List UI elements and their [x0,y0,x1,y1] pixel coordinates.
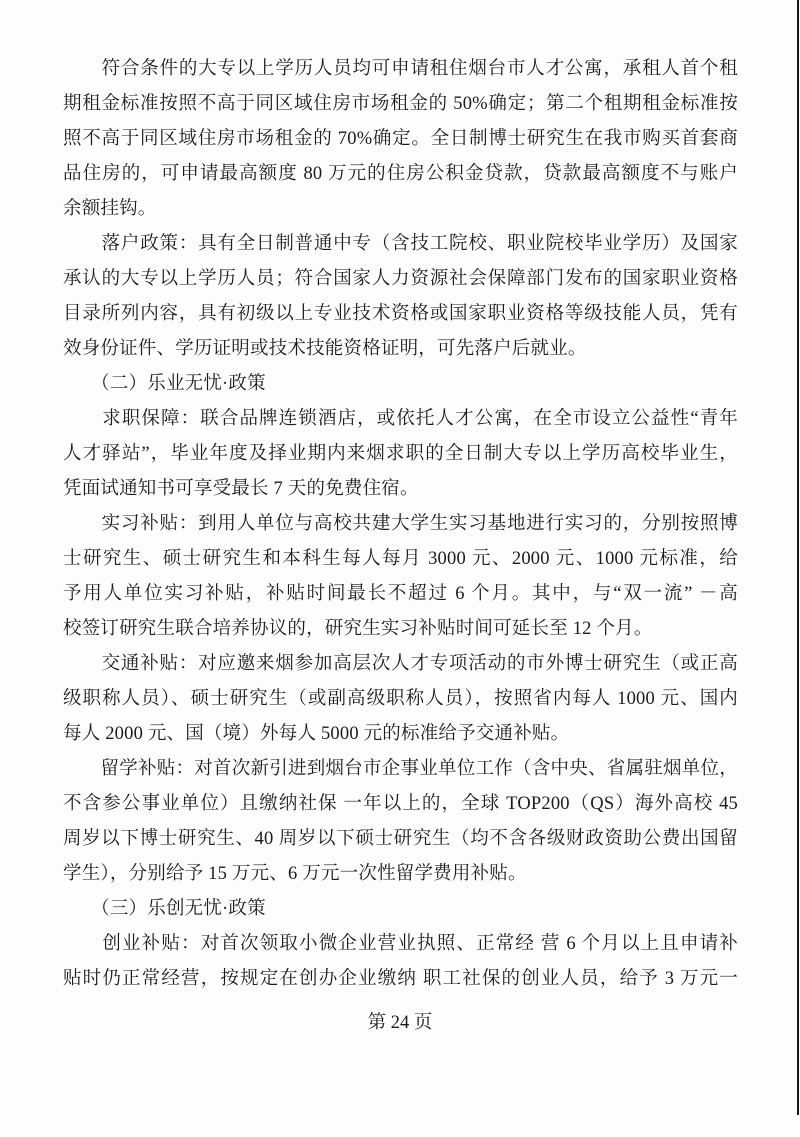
section-heading: （三）乐创无忧·政策 [63,892,738,927]
document-content: 符合条件的大专以上学历人员均可申请租住烟台市人才公寓，承租人首个租期租金标准按照… [63,52,738,997]
text-line: 凭面试通知书可享受最长 7 天的免费住宿。 [63,472,738,507]
text-line: 士研究生、硕士研究生和本科生每人每月 3000 元、2000 元、1000 元标… [63,542,738,577]
page-number: 第 24 页 [0,1006,800,1041]
text-line: 求职保障：联合品牌连锁酒店，或依托人才公寓，在全市设立公益性“青年 [63,402,738,437]
text-line: 予用人单位实习补贴，补贴时间最长不超过 6 个月。其中，与“双一流” －高 [63,577,738,612]
text-line: 余额挂钩。 [63,192,738,227]
text-line: 符合条件的大专以上学历人员均可申请租住烟台市人才公寓，承租人首个租 [63,52,738,87]
text-line: 落户政策：具有全日制普通中专（含技工院校、职业院校毕业学历）及国家 [63,227,738,262]
text-line: 承认的大专以上学历人员；符合国家人力资源社会保障部门发布的国家职业资格 [63,262,738,297]
document-page: 符合条件的大专以上学历人员均可申请租住烟台市人才公寓，承租人首个租期租金标准按照… [0,0,800,1137]
paragraph: 求职保障：联合品牌连锁酒店，或依托人才公寓，在全市设立公益性“青年人才驿站”，毕… [63,402,738,507]
paragraph: 实习补贴：到用人单位与高校共建大学生实习基地进行实习的，分别按照博士研究生、硕士… [63,507,738,647]
paragraph: 落户政策：具有全日制普通中专（含技工院校、职业院校毕业学历）及国家承认的大专以上… [63,227,738,367]
text-line: 学生），分别给予 15 万元、6 万元一次性留学费用补贴。 [63,857,738,892]
text-line: 贴时仍正常经营，按规定在创办企业缴纳 职工社保的创业人员，给予 3 万元一 [63,962,738,997]
text-line: 创业补贴：对首次领取小微企业营业执照、正常经 营 6 个月以上且申请补 [63,927,738,962]
text-line: （三）乐创无忧·政策 [63,892,738,927]
text-line: 目录所列内容，具有初级以上专业技术资格或国家职业资格等级技能人员，凭有 [63,297,738,332]
text-line: 照不高于同区域住房市场租金的 70%确定。全日制博士研究生在我市购买首套商 [63,122,738,157]
text-line: 不含参公事业单位）且缴纳社保 一年以上的，全球 TOP200（QS）海外高校 4… [63,787,738,822]
text-line: 实习补贴：到用人单位与高校共建大学生实习基地进行实习的，分别按照博 [63,507,738,542]
scan-edge-line [797,0,799,1115]
text-line: 留学补贴：对首次新引进到烟台市企事业单位工作（含中央、省属驻烟单位， [63,752,738,787]
paragraph: 创业补贴：对首次领取小微企业营业执照、正常经 营 6 个月以上且申请补贴时仍正常… [63,927,738,997]
text-line: 校签订研究生联合培养协议的，研究生实习补贴时间可延长至 12 个月。 [63,612,738,647]
text-line: 周岁以下博士研究生、40 周岁以下硕士研究生（均不含各级财政资助公费出国留 [63,822,738,857]
text-line: 人才驿站”，毕业年度及择业期内来烟求职的全日制大专以上学历高校毕业生， [63,437,738,472]
paragraph: 留学补贴：对首次新引进到烟台市企事业单位工作（含中央、省属驻烟单位，不含参公事业… [63,752,738,892]
text-line: 级职称人员）、硕士研究生（或副高级职称人员），按照省内每人 1000 元、国内 [63,682,738,717]
text-line: 交通补贴：对应邀来烟参加高层次人才专项活动的市外博士研究生（或正高 [63,647,738,682]
paragraph: 符合条件的大专以上学历人员均可申请租住烟台市人才公寓，承租人首个租期租金标准按照… [63,52,738,227]
section-heading: （二）乐业无忧·政策 [63,367,738,402]
paragraph: 交通补贴：对应邀来烟参加高层次人才专项活动的市外博士研究生（或正高级职称人员）、… [63,647,738,752]
text-line: 效身份证件、学历证明或技术技能资格证明，可先落户后就业。 [63,332,738,367]
text-line: 期租金标准按照不高于同区域住房市场租金的 50%确定；第二个租期租金标准按 [63,87,738,122]
text-line: 品住房的，可申请最高额度 80 万元的住房公积金贷款，贷款最高额度不与账户 [63,157,738,192]
text-line: （二）乐业无忧·政策 [63,367,738,402]
text-line: 每人 2000 元、国（境）外每人 5000 元的标准给予交通补贴。 [63,717,738,752]
